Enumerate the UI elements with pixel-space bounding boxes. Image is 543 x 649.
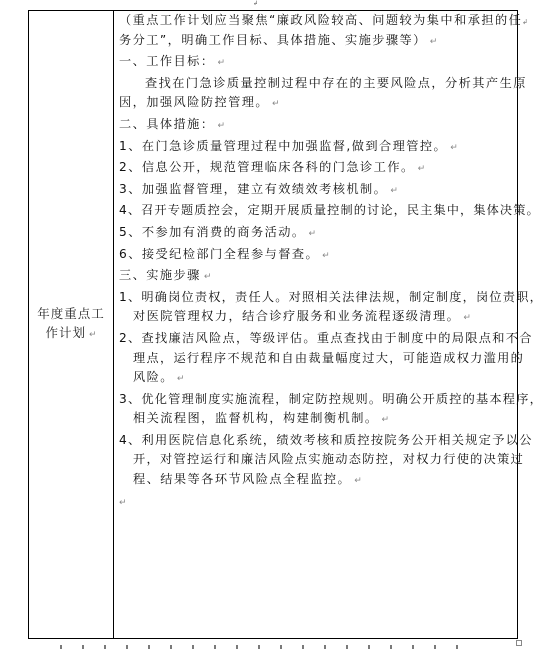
paragraph-mark-icon: ↲ <box>253 0 258 7</box>
step-item: 相关流程图，监督机构，构建制衡机制。↵ <box>119 409 513 431</box>
step-item: 程、结果等各环节风险点全程监控。↵ <box>119 470 513 492</box>
measure-item: 2、信息公开，规范管理临床各科的门急诊工作。↵ <box>119 158 513 180</box>
step-item: 4、利用医院信息化系统，绩效考核和质控按院务公开相关规定予以公 <box>119 431 513 451</box>
section-heading: 三、实施步骤↵ <box>119 266 513 288</box>
paragraph-mark-icon: ↵ <box>89 330 97 340</box>
empty-paragraph: ↵ <box>119 492 513 514</box>
goal-text: 因，加强风险防控管理。↵ <box>119 93 513 115</box>
step-item: 理点，运行程序不规范和自由裁量幅度过大，可能造成权力滥用的 <box>119 349 513 369</box>
step-item: 风险。↵ <box>119 368 513 390</box>
table-resize-handle[interactable] <box>516 640 522 646</box>
step-item: 对医院管理权力，结合诊疗服务和业务流程逐级清理。↵ <box>119 307 513 329</box>
step-item: 3、优化管理制度实施流程，制定防控规则。明确公开质控的基本程序， <box>119 390 513 410</box>
measure-item: 6、接受纪检部门全程参与督查。↵ <box>119 245 513 267</box>
measure-item: 3、加强监督管理，建立有效绩效考核机制。↵ <box>119 180 513 202</box>
measure-item: 4、召开专题质控会，定期开展质量控制的讨论，民主集中，集体决策。↵ <box>119 201 513 223</box>
plan-table: 年度重点工作计划↵ （重点工作计划应当聚焦“廉政风险较高、问题较为集中和承担的任… <box>28 10 518 639</box>
row-end-mark-icon: ↲ <box>522 18 528 26</box>
intro-text: （重点工作计划应当聚焦“廉政风险较高、问题较为集中和承担的任 <box>119 11 513 31</box>
measure-item: 1、在门急诊质量管理过程中加强监督,做到合理管控。↵ <box>119 137 513 159</box>
column-divider[interactable] <box>113 11 114 638</box>
goal-text: 查找在门急诊质量控制过程中存在的主要风险点，分析其产生原 <box>119 74 513 94</box>
step-item: 1、明确岗位责权，责任人。对照相关法律法规，制定制度，岗位责职， <box>119 288 513 308</box>
content-cell[interactable]: （重点工作计划应当聚焦“廉政风险较高、问题较为集中和承担的任 务分工”，明确工作… <box>119 11 513 513</box>
section-heading: 二、具体措施：↵ <box>119 115 513 137</box>
step-item: 开，对管控运行和廉洁风险点实施动态防控，对权力行使的决策过 <box>119 450 513 470</box>
measure-item: 5、不参加有消费的商务活动。↵ <box>119 223 513 245</box>
step-item: 2、查找廉洁风险点，等级评估。重点查找由于制度中的局限点和不合 <box>119 329 513 349</box>
row-label[interactable]: 年度重点工作计划↵ <box>35 304 107 345</box>
intro-text: 务分工”，明确工作目标、具体措施、实施步骤等）↵ <box>119 31 513 53</box>
clipped-next-line <box>60 645 460 649</box>
row-label-cell: 年度重点工作计划↵ <box>29 11 113 638</box>
section-heading: 一、工作目标：↵ <box>119 52 513 74</box>
